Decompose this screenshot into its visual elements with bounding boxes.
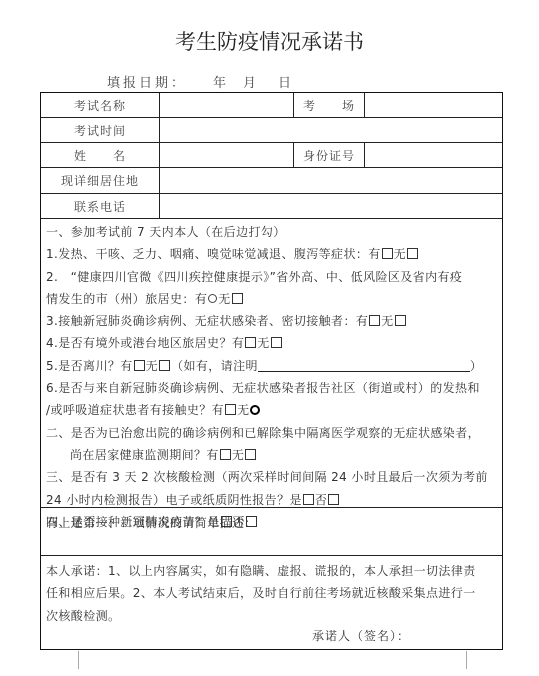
section-three-text: 24 小时内检测报告）电子或纸质阴性报告？ xyxy=(46,493,290,507)
q1-no-label: 无 xyxy=(394,247,406,261)
q3-no-checkbox[interactable] xyxy=(395,315,406,326)
page-margin-mark-left xyxy=(78,651,79,669)
q3-yes-label: 有 xyxy=(356,314,368,328)
exam-name-label: 考试名称 xyxy=(41,93,160,117)
question-2-line-2: 情发生的市（州）旅居史：有无 xyxy=(46,288,496,310)
id-number-label: 身份证号 xyxy=(294,143,365,167)
q2-no-label: 无 xyxy=(218,292,230,306)
row-phone: 联系电话 xyxy=(41,194,502,219)
signature-label[interactable]: 承诺人（签名）： xyxy=(312,625,410,647)
s2-yes-checkbox[interactable] xyxy=(220,449,231,460)
s3-no-checkbox[interactable] xyxy=(328,494,339,505)
q4-yes-checkbox[interactable] xyxy=(245,337,256,348)
section-two-line-2: 尚在居家健康监测期间？有无 xyxy=(46,444,496,466)
question-4: 4.是否有境外或港台地区旅居史？有无 xyxy=(46,332,496,354)
question-6-line-1: 6.是否与来自新冠肺炎确诊病例、无症状感染者报告社区（街道或村）的发热和 xyxy=(46,377,496,399)
fill-date-label: 填报日期： xyxy=(107,72,187,91)
question-3: 3.接触新冠肺炎确诊病例、无症状感染者、密切接触者：有无 xyxy=(46,310,496,332)
row-exam-time: 考试时间 xyxy=(41,118,502,143)
q5-note-close: ） xyxy=(470,359,482,373)
q3-no-label: 无 xyxy=(381,314,393,328)
q1-yes-label: 有 xyxy=(368,247,380,261)
pledge-line-2: 任和相应后果。2、本人考试结束后，及时自行前往考场就近核酸采集点进行一 xyxy=(46,582,496,604)
q5-no-checkbox[interactable] xyxy=(159,360,170,371)
q6-yes-checkbox[interactable] xyxy=(225,404,236,415)
q1-yes-checkbox[interactable] xyxy=(382,248,393,259)
question-3-text: 3.接触新冠肺炎确诊病例、无症状感染者、密切接触者： xyxy=(46,314,356,328)
page-margin-mark-right xyxy=(466,651,467,669)
section-two-text: 尚在居家健康监测期间？ xyxy=(70,448,206,462)
address-label: 现详细居住地 xyxy=(41,168,160,193)
q2-yes-label: 有 xyxy=(195,292,207,306)
pledge-line-3: 次核酸检测。 xyxy=(46,605,496,627)
description-section[interactable]: 有上述第一、二项情况的请简单描述： xyxy=(41,508,502,556)
health-questions-section: 一、参加考试前 7 天内本人（在后边打勾） 1.发热、干咳、乏力、咽痛、嗅觉味觉… xyxy=(41,219,502,508)
s3-no-label: 否 xyxy=(315,493,327,507)
s3-yes-checkbox[interactable] xyxy=(303,494,314,505)
pledge-section: 本人承诺：1、以上内容属实，如有隐瞒、虚报、谎报的，本人承担一切法律责 任和相应… xyxy=(41,556,502,649)
question-5-text: 5.是否离川？ xyxy=(46,359,120,373)
address-field[interactable] xyxy=(160,168,502,193)
q1-no-checkbox[interactable] xyxy=(407,248,418,259)
s2-yes-label: 有 xyxy=(206,448,218,462)
document-title: 考生防疫情况承诺书 xyxy=(0,26,539,56)
q6-yes-label: 有 xyxy=(212,403,224,417)
s2-no-label: 无 xyxy=(232,448,244,462)
row-address: 现详细居住地 xyxy=(41,168,502,194)
s3-yes-label: 是 xyxy=(290,493,302,507)
question-2-text: 情发生的市（州）旅居史： xyxy=(46,292,195,306)
pledge-form: 考试名称 考 场 考试时间 姓 名 身份证号 现详细居住地 联系电话 一、参加考… xyxy=(40,92,503,650)
exam-site-field[interactable] xyxy=(365,93,502,117)
q6-no-checkbox[interactable] xyxy=(250,405,260,415)
q6-no-label: 无 xyxy=(237,403,249,417)
q5-note-field[interactable] xyxy=(258,359,470,372)
q5-note-label: （如有，请注明 xyxy=(171,359,258,373)
row-name-id: 姓 名 身份证号 xyxy=(41,143,502,168)
section-one-heading: 一、参加考试前 7 天内本人（在后边打勾） xyxy=(46,221,496,243)
section-three-line-1: 三、是否有 3 天 2 次核酸检测（两次采样时间间隔 24 小时且最后一次须为考… xyxy=(46,466,496,488)
question-5: 5.是否离川？有无（如有，请注明） xyxy=(46,355,496,377)
pledge-line-1: 本人承诺：1、以上内容属实，如有隐瞒、虚报、谎报的，本人承担一切法律责 xyxy=(46,560,496,582)
id-number-field[interactable] xyxy=(365,143,502,167)
exam-site-label: 考 场 xyxy=(294,93,365,117)
phone-field[interactable] xyxy=(160,194,502,218)
exam-name-field[interactable] xyxy=(160,93,294,117)
name-label: 姓 名 xyxy=(41,143,160,167)
q2-no-checkbox[interactable] xyxy=(232,293,243,304)
question-6-text: /或呼吸道症状患者有接触史？ xyxy=(46,403,212,417)
q3-yes-checkbox[interactable] xyxy=(369,315,380,326)
date-day-label: 日 xyxy=(278,72,294,91)
question-1-text: 1.发热、干咳、乏力、咽痛、嗅觉味觉减退、腹泻等症状： xyxy=(46,247,368,261)
name-field[interactable] xyxy=(160,143,294,167)
description-label: 有上述第一、二项情况的请简单描述： xyxy=(46,512,496,534)
exam-time-label: 考试时间 xyxy=(41,118,160,142)
phone-label: 联系电话 xyxy=(41,194,160,218)
q5-yes-checkbox[interactable] xyxy=(134,360,145,371)
section-two-line-1: 二、是否为已治愈出院的确诊病例和已解除集中隔离医学观察的无症状感染者， xyxy=(46,422,496,444)
q4-no-checkbox[interactable] xyxy=(271,337,282,348)
question-2-line-1: 2. “健康四川官微《四川疾控健康提示》”省外高、中、低风险区及省内有疫 xyxy=(46,266,496,288)
question-6-line-2: /或呼吸道症状患者有接触史？有无 xyxy=(46,399,496,421)
date-year-label: 年 xyxy=(213,72,229,91)
question-1: 1.发热、干咳、乏力、咽痛、嗅觉味觉减退、腹泻等症状：有无 xyxy=(46,243,496,265)
q5-yes-label: 有 xyxy=(120,359,132,373)
row-exam-name: 考试名称 考 场 xyxy=(41,93,502,118)
s2-no-checkbox[interactable] xyxy=(245,449,256,460)
exam-time-field[interactable] xyxy=(160,118,502,142)
q5-no-label: 无 xyxy=(146,359,158,373)
q2-yes-checkbox[interactable] xyxy=(208,294,217,303)
question-4-text: 4.是否有境外或港台地区旅居史？ xyxy=(46,336,232,350)
q4-yes-label: 有 xyxy=(232,336,244,350)
date-month-label: 月 xyxy=(243,72,259,91)
q4-no-label: 无 xyxy=(257,336,269,350)
